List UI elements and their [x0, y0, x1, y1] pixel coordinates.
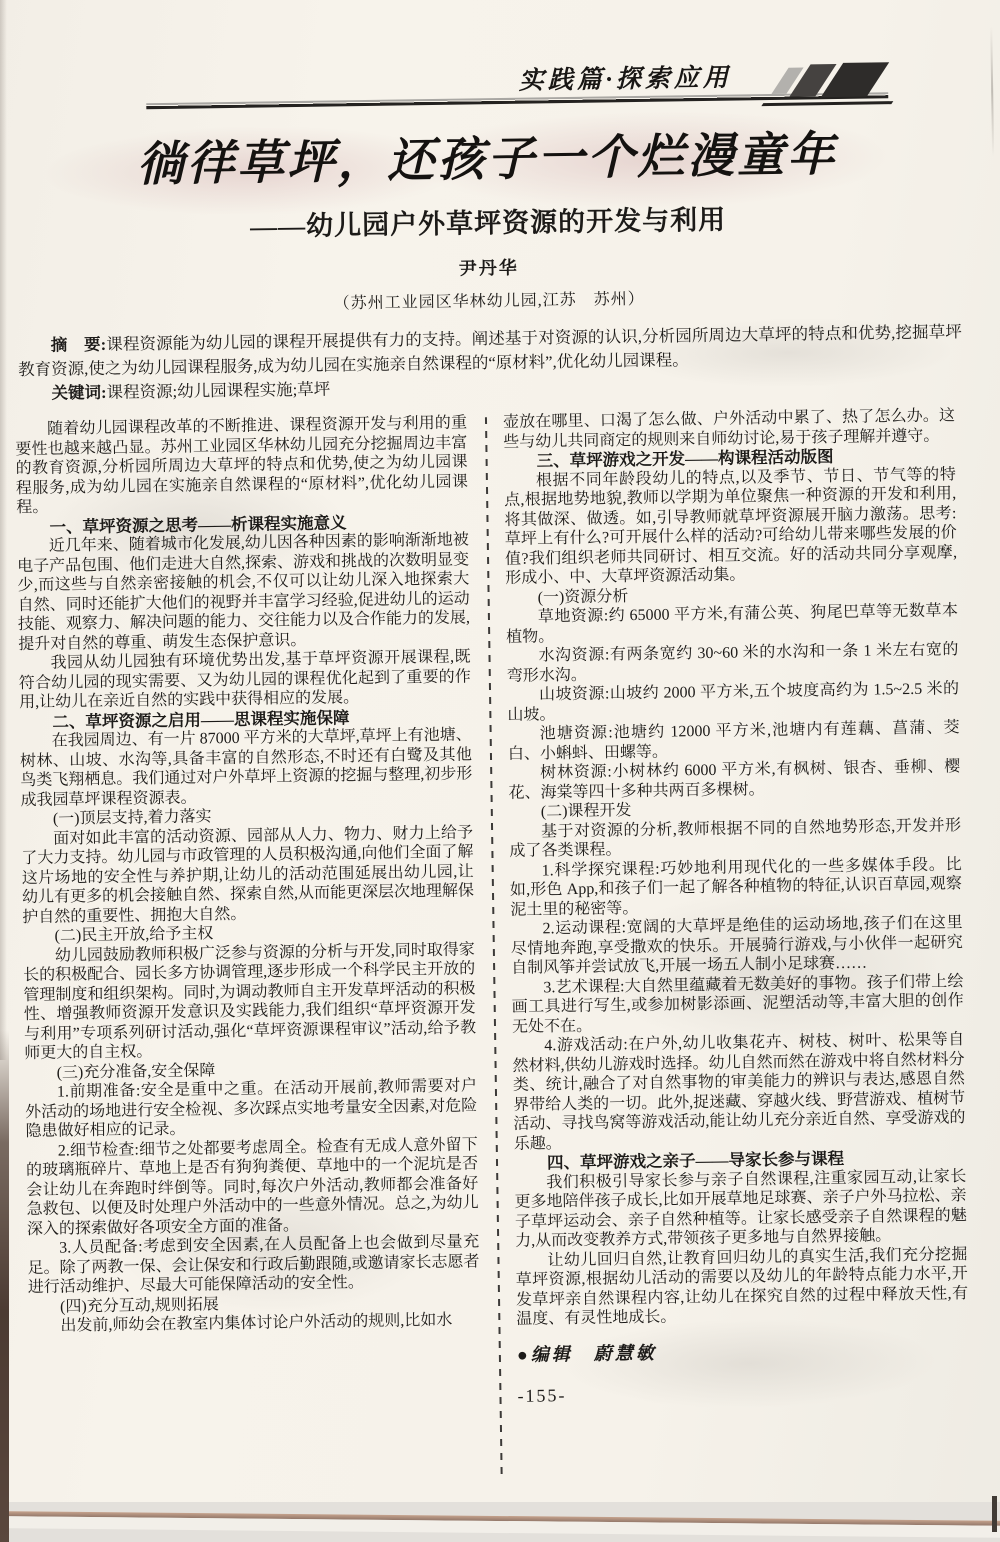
paragraph: 2.运动课程:宽阔的大草坪是绝佳的运动场地,孩子们在这里尽情地奔跑,享受撒欢的快… [510, 913, 963, 978]
page-stack-notch [992, 1496, 997, 1532]
article-body: 随着幼儿园课程改革的不断推进、课程资源开发与利用的重要性也越来越凸显。苏州工业园… [15, 406, 983, 1512]
corner-slash-decoration [780, 62, 879, 103]
paragraph: 3.人员配备:考虑到安全因素,在人员配备上也会做到尽量充足。除了两教一保、会让保… [27, 1232, 480, 1297]
right-column: 壶放在哪里、口渴了怎么做、户外活动中累了、热了怎么办。这些与幼儿共同商定的规则来… [499, 406, 971, 1505]
paragraph: 4.游戏活动:在户外,幼儿收集花卉、树枝、树叶、松果等自然材料,供幼儿游戏时选择… [512, 1030, 966, 1154]
page-right-edge [990, 27, 994, 157]
keywords-label: 关键词: [51, 383, 106, 403]
paragraph: 让幼儿回归自然,让教育回归幼儿的真实生活,我们充分挖掘草坪资源,根据幼儿活动的需… [515, 1245, 968, 1330]
paragraph: 山坡资源:山坡约 2000 平方米,五个坡度高约为 1.5~2.5 米的山坡。 [507, 679, 960, 725]
paragraph: 根据不同年龄段幼儿的特点,以及季节、节日、节气等的特点,根据地势地貌,教师以学期… [504, 465, 958, 589]
scanned-page: 实践篇·探索应用 徜徉草坪，还孩子一个烂漫童年 ——幼儿园户外草坪资源的开发与利… [0, 0, 1000, 1530]
abstract-label: 摘 要: [51, 335, 107, 355]
paragraph: 草地资源:约 65000 平方米,有蒲公英、狗尾巴草等无数草本植物。 [506, 601, 959, 647]
paragraph: 我园从幼儿园独有环境优势出发,基于草坪资源开展课程,既符合幼儿园的现实需要、又为… [18, 647, 471, 712]
section-label: 实践篇·探索应用 [518, 58, 732, 97]
paragraph: 随着幼儿园课程改革的不断推进、课程资源开发与利用的重要性也越来越凸显。苏州工业园… [15, 413, 468, 517]
abstract-block: 摘 要:课程资源能为幼儿园的课程开展提供有力的支持。阐述基于对资源的认识,分析园… [18, 320, 963, 406]
editor-credit: ●编辑 蔚慧敏 [517, 1339, 969, 1365]
article-subtitle: ——幼儿园户外草坪资源的开发与利用 [12, 194, 964, 247]
paragraph: 壶放在哪里、口渴了怎么做、户外活动中累了、热了怎么办。这些与幼儿共同商定的规则来… [503, 406, 956, 452]
paragraph: 1.前期准备:安全是重中之重。在活动开展前,教师需要对户外活动的场地进行安全检视… [25, 1076, 478, 1141]
paragraph: 水沟资源:有两条宽约 30~60 米的水沟和一条 1 米左右宽的弯形水沟。 [506, 640, 959, 686]
paragraph: 树林资源:小树林约 6000 平方米,有枫树、银杏、垂柳、樱花、海棠等四十多种共… [508, 757, 961, 803]
paragraph: 我们积极引导家长参与亲子自然课程,注重家园互动,让家长更多地陪伴孩子成长,比如开… [514, 1167, 967, 1252]
paragraph: 1.科学探究课程:巧妙地利用现代化的一些多媒体手段。比如,形色 App,和孩子们… [510, 855, 963, 920]
journal-header: 实践篇·探索应用 [9, 1, 962, 123]
paragraph: 2.细节检查:细节之处都要考虑周全。检查有无成人意外留下的玻璃瓶碎片、草地上是否… [26, 1135, 479, 1239]
paragraph: 3.艺术课程:大自然里蕴藏着无数美好的事物。孩子们带上绘画工具进行写生,或参加树… [511, 972, 964, 1037]
page-number: -155- [517, 1380, 969, 1406]
keywords-text: 课程资源;幼儿园课程实施;草坪 [106, 380, 330, 402]
paragraph: 在我园周边、有一片 87000 平方米的大草坪,草坪上有池塘、树林、山坡、水沟等… [20, 725, 473, 810]
article-title: 徜徉草坪，还孩子一个烂漫童年 [11, 115, 964, 196]
left-column: 随着幼儿园课程改革的不断推进、课程资源开发与利用的重要性也越来越凸显。苏州工业园… [15, 413, 491, 1512]
author-affiliation: （苏州工业园区华林幼儿园,江苏 苏州） [13, 281, 965, 318]
book-spine-shadow [0, 1030, 9, 1542]
header-rule [146, 92, 888, 109]
paragraph: 近几年来、随着城市化发展,幼儿因各种因素的影响渐渐地被电子产品包围、他们走进大自… [17, 530, 471, 654]
paragraph: 面对如此丰富的活动资源、园部从人力、物力、财力上给予了大力支持。幼儿园与市政管理… [21, 823, 474, 927]
paragraph: 基于对资源的分析,教师根据不同的自然地势形态,开发并形成了各类课程。 [509, 816, 962, 862]
book-spine-shadow-top [0, 0, 7, 1060]
author-name: 尹丹华 [13, 247, 965, 287]
paragraph: 幼儿园鼓励教师积极广泛参与资源的分析与开发,同时取得家长的积极配合、园长多方协调… [23, 940, 477, 1064]
paragraph: 池塘资源:池塘约 12000 平方米,池塘内有莲藕、菖蒲、茭白、小蝌蚪、田螺等。 [508, 718, 961, 764]
